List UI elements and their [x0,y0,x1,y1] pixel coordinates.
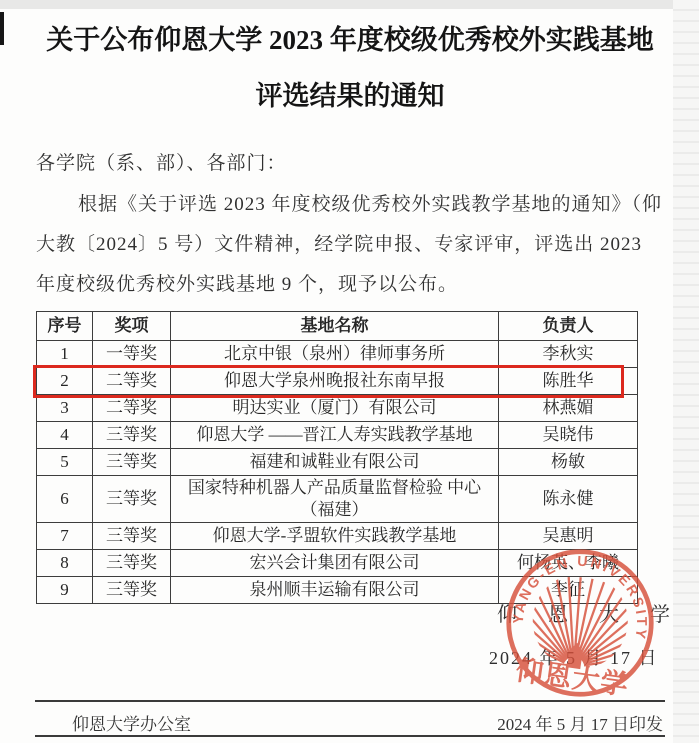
cell-base-name: 国家特种机器人产品质量监督检验 中心 （福建） [171,476,499,523]
table-row: 2二等奖仰恩大学泉州晚报社东南早报陈胜华 [37,368,638,395]
cell-award: 二等奖 [93,368,171,395]
cell-no: 7 [37,523,93,550]
seal-dot-right [619,673,628,682]
cell-no: 4 [37,422,93,449]
cell-award: 三等奖 [93,476,171,523]
document-page: 关于公布仰恩大学 2023 年度校级优秀校外实践基地 评选结果的通知 各学院（系… [0,0,699,743]
cell-base-name: 宏兴会计集团有限公司 [171,550,499,577]
body-paragraph-line1: 根据《关于评选 2023 年度校级优秀校外实践教学基地的通知》（仰 [78,189,662,216]
table-row: 7三等奖仰恩大学-孚盟软件实践教学基地吴惠明 [37,523,638,550]
cell-person: 杨敏 [499,449,638,476]
cell-person: 李秋实 [499,341,638,368]
table-header-row: 序号 奖项 基地名称 负责人 [37,312,638,341]
cell-award: 三等奖 [93,577,171,604]
scan-left-mark [0,12,4,45]
cell-base-name: 仰恩大学-孚盟软件实践教学基地 [171,523,499,550]
cell-base-name: 明达实业（厦门）有限公司 [171,395,499,422]
footer-divider-bottom [35,735,665,737]
cell-person: 陈永健 [499,476,638,523]
cell-no: 3 [37,395,93,422]
signature-organization: 仰 恩 大 学 [497,598,683,627]
cell-base-name: 泉州顺丰运输有限公司 [171,577,499,604]
cell-person: 陈胜华 [499,368,638,395]
cell-award: 三等奖 [93,550,171,577]
cell-base-name: 福建和诚鞋业有限公司 [171,449,499,476]
cell-award: 三等奖 [93,523,171,550]
cell-award: 一等奖 [93,341,171,368]
cell-award: 三等奖 [93,422,171,449]
document-title-line2: 评选结果的通知 [30,74,670,113]
footer-print-date: 2024 年 5 月 17 日印发 [497,710,663,735]
body-paragraph-line2: 大教〔2024〕5 号）文件精神，经学院申报、专家评审，评选出 2023 [36,229,642,256]
table-row: 4三等奖仰恩大学 ——晋江人寿实践教学基地吴晓伟 [37,422,638,449]
results-table: 序号 奖项 基地名称 负责人 1一等奖北京中银（泉州）律师事务所李秋实2二等奖仰… [36,311,638,604]
header-base-name: 基地名称 [171,312,499,341]
footer-divider-top [35,700,665,702]
table-row: 3二等奖明达实业（厦门）有限公司林燕媚 [37,395,638,422]
header-person: 负责人 [499,312,638,341]
cell-base-name: 北京中银（泉州）律师事务所 [171,341,499,368]
table-row: 1一等奖北京中银（泉州）律师事务所李秋实 [37,341,638,368]
signature-date: 2024 年 5 月 17 日 [489,644,659,670]
results-table-body: 1一等奖北京中银（泉州）律师事务所李秋实2二等奖仰恩大学泉州晚报社东南早报陈胜华… [37,341,638,604]
document-title-line1: 关于公布仰恩大学 2023 年度校级优秀校外实践基地 [30,18,670,57]
cell-no: 2 [37,368,93,395]
table-row: 5三等奖福建和诚鞋业有限公司杨敏 [37,449,638,476]
cell-person: 吴惠明 [499,523,638,550]
cell-no: 9 [37,577,93,604]
cell-person: 吴晓伟 [499,422,638,449]
cell-no: 1 [37,341,93,368]
table-row: 8三等奖宏兴会计集团有限公司何杨英、李曦 [37,550,638,577]
cell-no: 8 [37,550,93,577]
cell-award: 二等奖 [93,395,171,422]
scan-right-edge [673,0,699,743]
table-row: 6三等奖国家特种机器人产品质量监督检验 中心 （福建）陈永健 [37,476,638,523]
header-no: 序号 [37,312,93,341]
footer-office: 仰恩大学办公室 [72,710,191,735]
cell-award: 三等奖 [93,449,171,476]
header-award: 奖项 [93,312,171,341]
cell-no: 6 [37,476,93,523]
cell-base-name: 仰恩大学泉州晚报社东南早报 [171,368,499,395]
body-paragraph-line3: 年度校级优秀校外实践基地 9 个，现予以公布。 [36,269,458,296]
cell-base-name: 仰恩大学 ——晋江人寿实践教学基地 [171,422,499,449]
cell-person: 林燕媚 [499,395,638,422]
salutation: 各学院（系、部）、各部门： [36,148,287,175]
cell-person: 何杨英、李曦 [499,550,638,577]
scan-top-edge [0,0,699,9]
cell-no: 5 [37,449,93,476]
